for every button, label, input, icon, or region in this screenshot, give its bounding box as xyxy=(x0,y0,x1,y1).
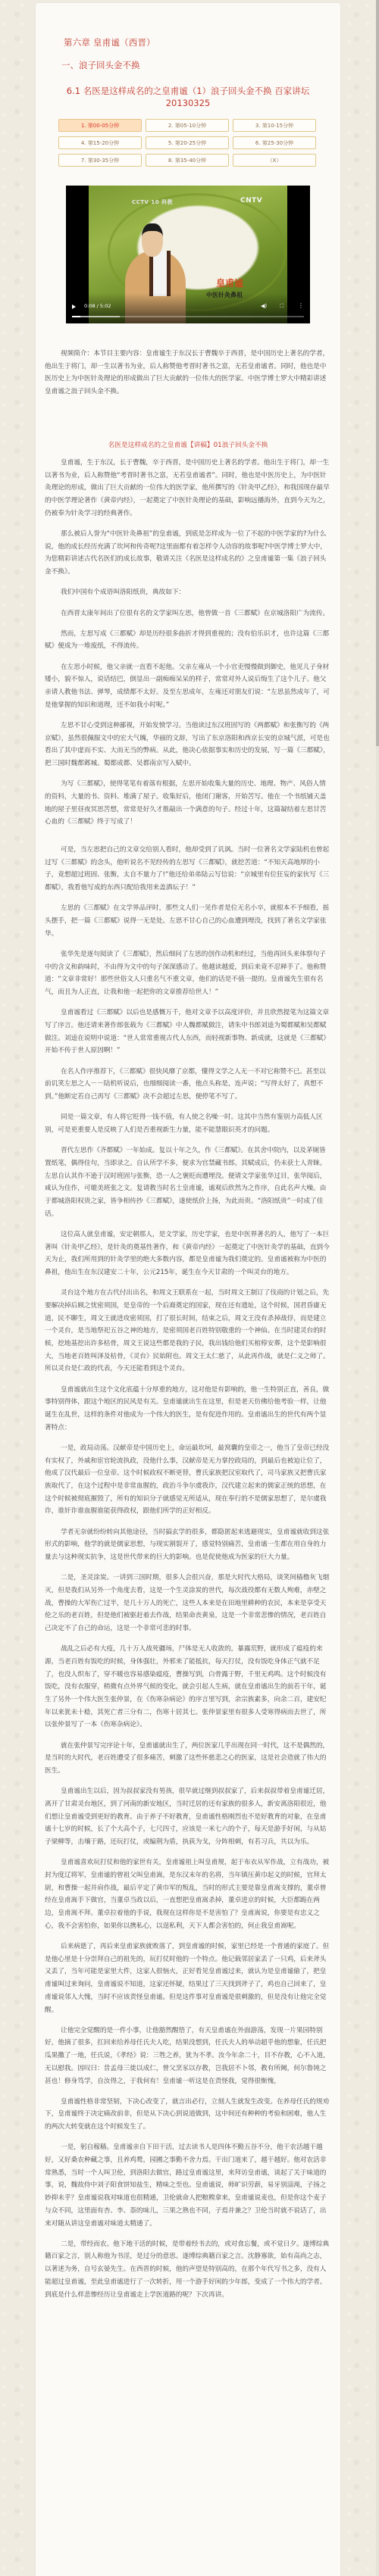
paragraph: 后来病逝了，再后来皇甫家族就败落了，到皇甫谧的时候，家里已经是一个普通的家庭了。… xyxy=(45,1941,330,2016)
segment-button-6[interactable]: 6. 第25-30分钟 xyxy=(233,136,316,149)
paragraph: 同是一篇文章，有人将它贬得一钱不值，有人使之名噪一时。这其中当然有鉴别力高低人区… xyxy=(45,1111,330,1136)
paragraph: 这位高人就皇甫谧，安定朝那人，是文学家，历史学家，也是中医界著名的人，他写了一本… xyxy=(45,1229,330,1279)
scrollbar-thumb[interactable] xyxy=(376,0,379,746)
paragraph: 一是，政局动荡。汉献帝是中国历史上，命运最坎坷，最窝囊的皇帝之一，他当了皇帝已经… xyxy=(45,1442,330,1518)
paragraph: 在西晋太康年间出了位很有名的文学家叫左思，他曾做一首《三都赋》在京城洛阳广为流传… xyxy=(45,607,330,620)
paragraph: 二是，圣灵涂炭。一讲到三国时期，很多人会很兴奋，那是大时代大格局，谈笑间樯橹灰飞… xyxy=(45,1572,330,1635)
fullscreen-icon[interactable]: ⛶ xyxy=(280,303,283,310)
segment-button-3[interactable]: 3. 第10-15分钟 xyxy=(233,119,316,132)
paragraph: 让他完全觉醒的是一件小事，让他豁然醒悟了，有天皇甫谧在外面游荡，发现一片果园特别… xyxy=(45,2025,330,2088)
transcript-title: 名医是这样成名的之皇甫谧【讲稿】01浪子回头金不换 xyxy=(36,440,340,449)
paragraph: 战乱之后必有大疫，几十万人战死疆场，尸体是无人收敛的，暴露荒野，就形成了瘟疫的来… xyxy=(45,1643,330,1731)
segment-button-4[interactable]: 4. 第15-20分钟 xyxy=(58,136,142,149)
segment-button-8[interactable]: 8. 第35-40分钟 xyxy=(146,154,229,167)
paragraph: 就在张仲景写完序论十年，皇甫谧就出生了，两位医家几乎出现在同一时代，这不是偶然的… xyxy=(45,1740,330,1778)
paragraph: 皇甫谧喜欢玩打仗和他的家世有关，皇甫谧祖上叫皇甫规，起于布衣从军作战，立有战功，… xyxy=(45,1856,330,1932)
video-intro: 视频简介：本节目主要内容：皇甫谧生于东汉长于曹魏卒于西晋，是中国历史上著名的学者… xyxy=(45,348,330,398)
section-title: 一、浪子回头金不换 xyxy=(61,59,140,71)
video-played xyxy=(72,316,80,317)
paragraph: 皇甫谧出生以后，因为叔叔家没有男孩，很早就过继到叔叔家了，后来叔叔带着皇甫谧迁居… xyxy=(45,1785,330,1849)
paragraph: 皇甫谧，生于东汉，长于曹魏，卒于西晋，是中国历史上著名的学者。他出生于将门，却一… xyxy=(45,457,330,520)
paragraph: 我们中国有个成语叫洛阳纸贵，典故如下： xyxy=(45,586,330,599)
chapter-title: 第六章 皇甫谧（西晋） xyxy=(64,36,155,48)
paragraph: 在名人作序推荐下，《三都赋》很快风靡了京都，懂得文学之人无一不对它称赞不已。甚至… xyxy=(45,1066,330,1104)
video-progress-bar[interactable] xyxy=(72,316,304,317)
play-icon[interactable] xyxy=(72,304,76,309)
segment-button-2[interactable]: 2. 第05-10分钟 xyxy=(146,119,229,132)
portrait-collar xyxy=(149,251,171,296)
paragraph: 左思不甘心受到这种鄙视，开始发愤学习。当他读过东汉班固写的《两都赋》和张衡写的《… xyxy=(45,720,330,770)
video-controls: 0:08 / 5:02 ◀) ⛶ ⋮ xyxy=(66,293,310,323)
paragraph: 皇甫谧性格非常坚韧，下决心改变了，就言出必行，立刻人生就发生改变。在养母任氏的规… xyxy=(45,2096,330,2134)
paragraph: 张华先是逐句阅读了《三都赋》，然后细问了左思的创作动机和经过，当他再回头来体察句… xyxy=(45,948,330,999)
cntv-logo: CNTV xyxy=(240,197,262,205)
paragraph: 左思的《三都赋》在文学界品评时，那些文人们一见作者是位无名小卒，就根本不予细看，… xyxy=(45,902,330,940)
article-body: 皇甫谧，生于东汉，长于曹魏，卒于西晋，是中国历史上著名的学者。他出生于将门，却一… xyxy=(45,457,330,2309)
portrait-head xyxy=(142,223,163,257)
episode-title: 6.1 名医是这样成名的之皇甫谧（1）浪子回头金不换 百家讲坛 20130325 xyxy=(58,85,318,109)
volume-icon[interactable]: ◀) xyxy=(261,303,267,309)
more-options-icon[interactable]: ⋮ xyxy=(298,302,304,309)
paragraph: 皇甫谧看过《三都赋》以后也是感慨万千，他对文章予以高度评价，并且欣然提笔为这篇文… xyxy=(45,1007,330,1057)
video-time: 0:08 / 5:02 xyxy=(84,303,111,309)
close-segment-button[interactable]: （X） xyxy=(233,154,316,167)
paragraph: 灵台这个地方在古代付出出名，和周文王联系在一起，当时周文王制订了伐商的计划之后，… xyxy=(45,1287,330,1375)
paragraph: 二是，带经而农。他下地干活的时候，是带着经书去的，或对食忘餐，或不觉日夕。遂博综… xyxy=(45,2238,330,2302)
paragraph: 为写《三都赋》，使得笔笔有着落有根据，左思开始收集大量的历史、地理、物产、风俗人… xyxy=(45,778,330,829)
segment-selector: 1. 第00-05分钟 2. 第05-10分钟 3. 第10-15分钟 4. 第… xyxy=(58,119,318,167)
article-page: 第六章 皇甫谧（西晋） 一、浪子回头金不换 6.1 名医是这样成名的之皇甫谧（1… xyxy=(36,3,340,2576)
segment-button-7[interactable]: 7. 第30-35分钟 xyxy=(58,154,142,167)
paragraph: 然而，左思写成《三都赋》却是历经很多曲折才得到重视的；没有伯乐识才，也许这篇《三… xyxy=(45,628,330,653)
video-player[interactable]: CCTV 10 科教 CNTV 皇甫谧 中医针灸鼻祖 0:08 / 5:02 ◀… xyxy=(66,186,310,323)
segment-button-1[interactable]: 1. 第00-05分钟 xyxy=(58,119,142,132)
paragraph: 在左思小时候，他父亲就一直看不起他。父亲左雍从一个小官吏慢慢做到御史，他见儿子身… xyxy=(45,661,330,712)
paragraph: 一是，躬自稼穑。皇甫谧亲自下田干活，过去读书人是四体不勤五谷不分，他干农活越干越… xyxy=(45,2141,330,2230)
paragraph: 可是，当左思把自己的文章交给别人看时，他却受到了讥讽。当时一位著名文学家陆机也曾… xyxy=(45,844,330,895)
paragraph: 学者无奈就纷纷转向其他途径，当时搞玄学的很多，都隐匿起来逃避现实，皇甫谧就收到这… xyxy=(45,1526,330,1564)
paragraph: 晋代左思作《齐都赋》一年始成。复以十年之久，作《三都赋》。在其舍中院内，以及茅厕… xyxy=(45,1144,330,1220)
paragraph: 那么被后人誉为“中医针灸鼻祖”的皇甫谧，到底是怎样成为一位了不起的中医学家的?为… xyxy=(45,528,330,579)
cctv-logo: CCTV 10 科教 xyxy=(132,198,173,206)
video-figure-name: 皇甫谧 xyxy=(216,276,243,289)
segment-button-5[interactable]: 5. 第20-25分钟 xyxy=(146,136,229,149)
paragraph: 皇甫谧就出生这个文化底蕴十分厚重的地方，这对他是有影响的，他一生特别正直，善良，… xyxy=(45,1384,330,1435)
